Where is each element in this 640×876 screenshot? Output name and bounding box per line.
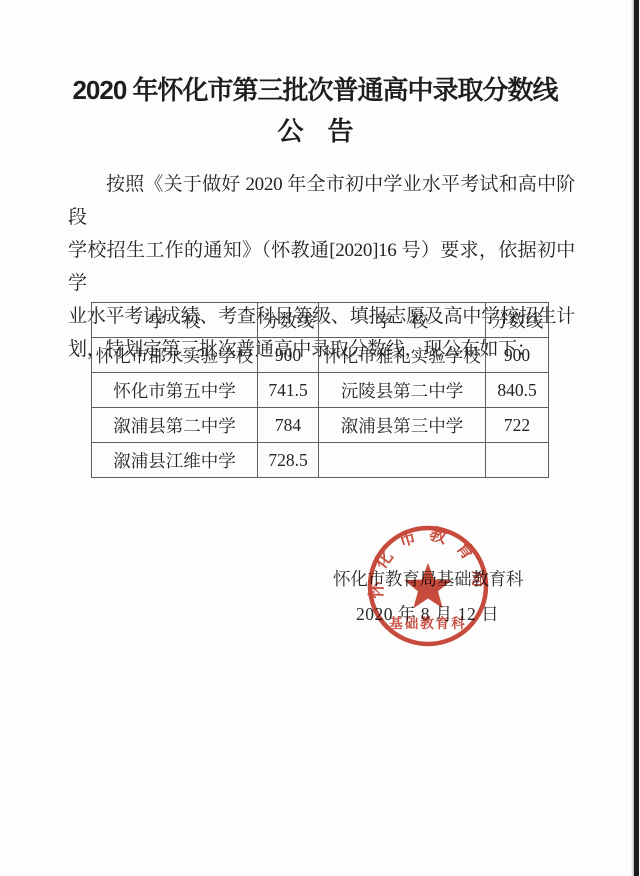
school-cell: 溆浦县江维中学: [92, 443, 258, 478]
score-cell: 840.5: [486, 373, 549, 408]
score-cell: 900: [486, 338, 549, 373]
score-cell: 722: [486, 408, 549, 443]
header-score-right: 分数线: [486, 303, 549, 338]
table-row: 溆浦县江维中学 728.5: [92, 443, 549, 478]
table-header-row: 学 校 分数线 学 校 分数线: [92, 303, 549, 338]
table-row: 怀化市郡永实验学校 900 怀化市雅礼实验学校 900: [92, 338, 549, 373]
school-cell: 怀化市雅礼实验学校: [319, 338, 486, 373]
title-line-1: 2020 年怀化市第三批次普通高中录取分数线: [20, 70, 610, 111]
score-cell: 784: [258, 408, 319, 443]
paragraph-line: 学校招生工作的通知》（怀教通[2020]16 号）要求，依据初中学: [68, 234, 575, 300]
school-cell: 溆浦县第二中学: [92, 408, 258, 443]
scanned-announcement-page: 2020 年怀化市第三批次普通高中录取分数线 公 告 按照《关于做好 2020 …: [0, 0, 640, 876]
title-line-2: 公 告: [20, 111, 610, 152]
document-title: 2020 年怀化市第三批次普通高中录取分数线 公 告: [20, 70, 610, 152]
score-line-table: 学 校 分数线 学 校 分数线 怀化市郡永实验学校 900 怀化市雅礼实验学校 …: [91, 302, 549, 478]
score-cell: 741.5: [258, 373, 319, 408]
header-school-right: 学 校: [319, 303, 486, 338]
school-cell: 怀化市第五中学: [92, 373, 258, 408]
signature-date: 2020 年 8 月 12 日: [356, 601, 499, 626]
table-row: 溆浦县第二中学 784 溆浦县第三中学 722: [92, 408, 549, 443]
school-cell: 怀化市郡永实验学校: [92, 338, 258, 373]
paragraph-line: 按照《关于做好 2020 年全市初中学业水平考试和高中阶段: [68, 168, 575, 234]
school-cell: [319, 443, 486, 478]
table-row: 怀化市第五中学 741.5 沅陵县第二中学 840.5: [92, 373, 549, 408]
score-cell: [486, 443, 549, 478]
signature-department: 怀化市教育局基础教育科: [333, 566, 523, 591]
school-cell: 溆浦县第三中学: [319, 408, 486, 443]
header-score-left: 分数线: [258, 303, 319, 338]
score-cell: 900: [258, 338, 319, 373]
score-cell: 728.5: [258, 443, 319, 478]
school-cell: 沅陵县第二中学: [319, 373, 486, 408]
scan-edge-dark: [634, 0, 639, 876]
header-school-left: 学 校: [92, 303, 258, 338]
